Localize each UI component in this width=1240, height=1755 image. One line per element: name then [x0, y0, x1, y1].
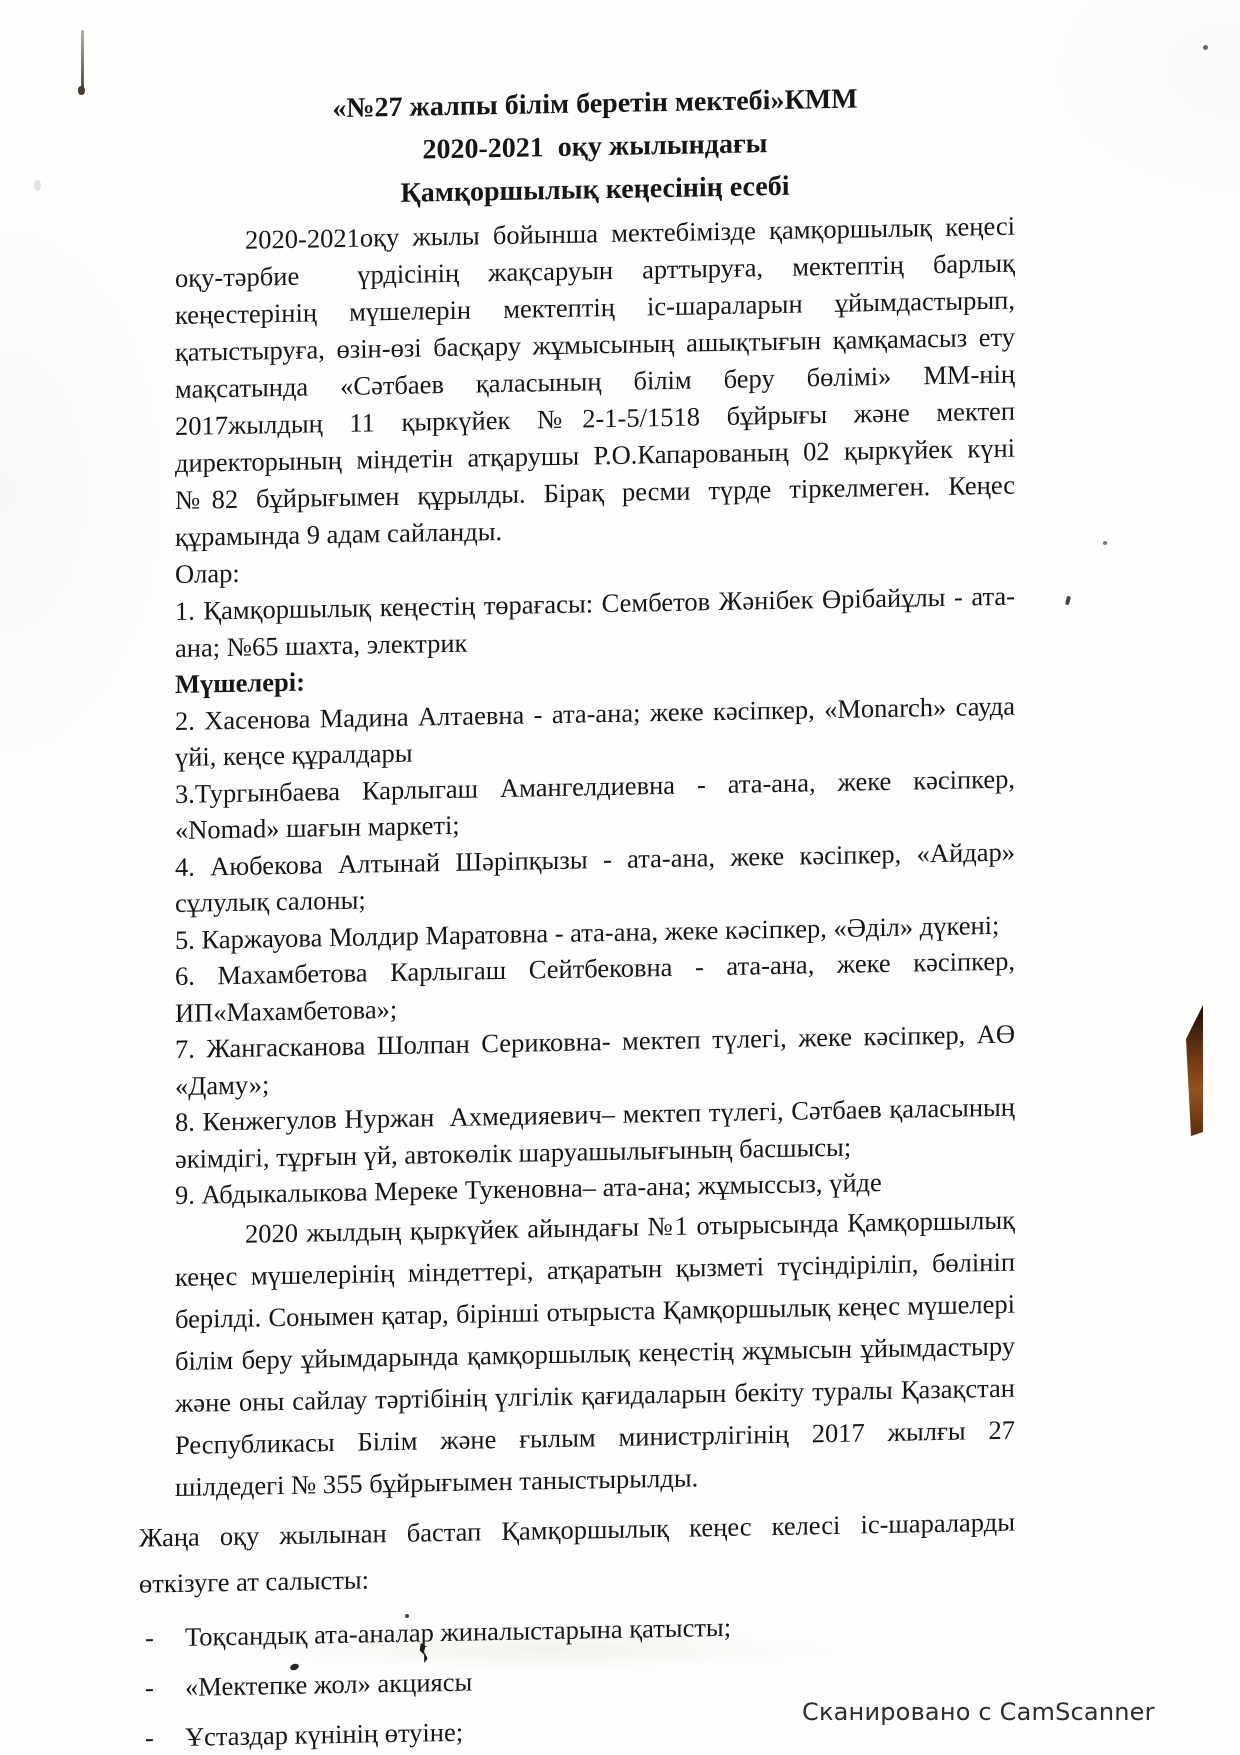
scan-artifact-wedge [1184, 1005, 1204, 1139]
activity-text: Ұстаздар күнінің өтуіне; [185, 1716, 463, 1751]
scanned-page: «№27 жалпы білім беретін мектебі»КММ 202… [0, 0, 1240, 1755]
pen-mark-blob [78, 86, 85, 95]
pen-mark-artifact [81, 30, 84, 90]
ink-speck [1203, 45, 1208, 50]
ink-speck [1065, 596, 1071, 606]
document-content: «№27 жалпы білім беретін мектебі»КММ 202… [175, 75, 1015, 1755]
ink-speck [405, 1614, 409, 1618]
ink-speck [1103, 541, 1107, 545]
activities-paragraph: Жаңа оқу жылынан бастап Қамқоршылық кеңе… [139, 1498, 1015, 1606]
activity-text: «Мектепке жол» акциясы [185, 1666, 472, 1701]
intro-paragraph: 2020-2021оқу жылы бойынша мектебімізде қ… [175, 208, 1015, 556]
activity-text: Тоқсандық ата-аналар жиналыстарына қатыс… [185, 1611, 731, 1651]
bullet-dash: - [145, 1713, 185, 1755]
ink-speck [34, 180, 41, 191]
doc-title: «№27 жалпы білім беретін мектебі»КММ 202… [175, 75, 1015, 219]
bullet-dash: - [145, 1613, 185, 1661]
bullet-dash: - [145, 1663, 185, 1711]
camscanner-watermark: Сканировано с CamScanner [802, 1698, 1155, 1726]
meeting-paragraph: 2020 жылдың қыркүйек айындағы №1 отырысы… [175, 1198, 1015, 1507]
activities-list: -Тоқсандық ата-аналар жиналыстарына қаты… [175, 1598, 1015, 1755]
